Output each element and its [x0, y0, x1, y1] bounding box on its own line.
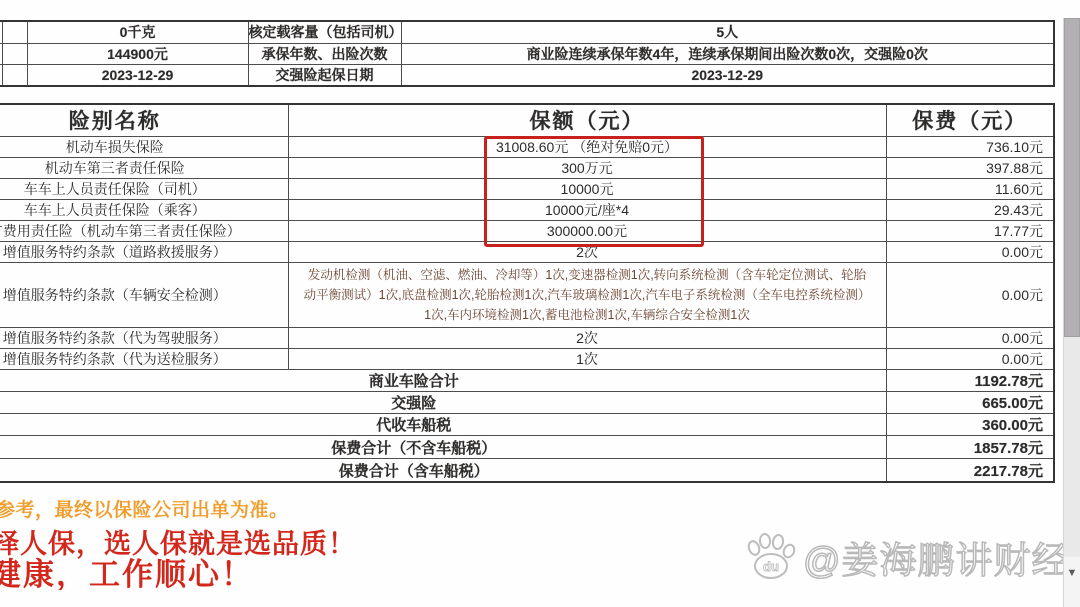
vehicle-value2-cell: 商业险连续承保年数4年，连续承保期间出险次数0次，交强险0次 — [401, 43, 1054, 64]
table-row: 增值服务特约条款（道路救援服务） 2次 0.00元 — [0, 241, 1054, 262]
vehicle-info-table: 0千克 核定载客量（包括司机） 5人 144900元 承保年数、出险次数 商业险… — [0, 20, 1055, 87]
table-row: 方费用责任险（机动车第三者责任保险） 300000.00元 17.77元 — [0, 220, 1054, 241]
vehicle-value2-cell: 5人 — [401, 21, 1054, 43]
insurance-items-table: 险别名称 保额（元） 保费（元） 机动车损失保险 31008.60元 （绝对免赔… — [0, 103, 1055, 483]
table-header-row: 险别名称 保额（元） 保费（元） — [0, 104, 1054, 136]
footer-note-line2: 择人保，选人保就是选品质！ — [0, 522, 356, 561]
table-row: 增值服务特约条款（代为驾驶服务） 2次 0.00元 — [0, 328, 1054, 349]
watermark: du @姜海鹏讲财经 — [744, 530, 1070, 584]
table-row: 机动车第三者责任保险 300万元 397.88元 — [0, 157, 1054, 178]
vertical-scrollbar[interactable]: ▼ — [1063, 18, 1080, 607]
column-header-risk-name: 险别名称 — [0, 104, 288, 136]
vehicle-value-cell: 0千克 — [27, 21, 248, 43]
scroll-down-button[interactable]: ▼ — [1064, 557, 1080, 607]
column-header-premium: 保费（元） — [886, 104, 1054, 136]
summary-row-compulsory: 交强险 665.00元 — [0, 392, 1054, 414]
scrollbar-thumb[interactable] — [1064, 18, 1080, 337]
table-row: 增值服务特约条款（车辆安全检测） 发动机检测（机油、空滤、燃油、冷却等）1次,变… — [0, 262, 1054, 328]
table-row: 车车上人员责任保险（乘客） 10000元/座*4 29.43元 — [0, 199, 1054, 220]
table-row: 增值服务特约条款（代为送检服务） 1次 0.00元 — [0, 349, 1054, 370]
vehicle-label-cell: 核定载客量（包括司机） — [248, 21, 401, 43]
document-viewport: 0千克 核定载客量（包括司机） 5人 144900元 承保年数、出险次数 商业险… — [0, 0, 1080, 607]
vehicle-label-cell: 承保年数、出险次数 — [248, 43, 401, 64]
table-row: 机动车损失保险 31008.60元 （绝对免赔0元） 736.10元 — [0, 136, 1054, 157]
table-row: 144900元 承保年数、出险次数 商业险连续承保年数4年，连续承保期间出险次数… — [0, 43, 1054, 64]
summary-row-total-incl-tax: 保费合计（含车船税） 2217.78元 — [0, 459, 1054, 482]
vehicle-value-cell: 2023-12-29 — [27, 64, 248, 86]
vehicle-value-cell: 144900元 — [27, 43, 248, 64]
table-row: 车车上人员责任保险（司机） 10000元 11.60元 — [0, 178, 1054, 199]
table-row: 0千克 核定载客量（包括司机） 5人 — [0, 21, 1054, 43]
summary-row-total-excl-tax: 保费合计（不含车船税） 1857.78元 — [0, 436, 1054, 459]
svg-text:du: du — [763, 559, 779, 574]
scroll-down-icon: ▼ — [1067, 568, 1078, 579]
watermark-handle: @姜海鹏讲财经 — [803, 530, 1070, 584]
vehicle-value2-cell: 2023-12-29 — [401, 64, 1054, 86]
footer-note-line3-clip: 健康，工作顺心！ — [0, 557, 254, 590]
baidu-paw-icon: du — [744, 533, 798, 581]
safety-check-detail: 发动机检测（机油、空滤、燃油、冷却等）1次,变速器检测1次,转向系统检测（含车轮… — [288, 262, 886, 328]
footer-note-line1: 参考，最终以保险公司出单为准。 — [0, 495, 289, 522]
footer-note-line3: 健康，工作顺心！ — [0, 557, 254, 590]
summary-row-vessel-tax: 代收车船税 360.00元 — [0, 414, 1054, 436]
vehicle-label-cell: 交强险起保日期 — [248, 64, 401, 86]
summary-row-commercial-total: 商业车险合计 1192.78元 — [0, 370, 1054, 392]
column-header-insured-amount: 保额（元） — [288, 104, 886, 136]
table-row: 2023-12-29 交强险起保日期 2023-12-29 — [0, 64, 1054, 86]
